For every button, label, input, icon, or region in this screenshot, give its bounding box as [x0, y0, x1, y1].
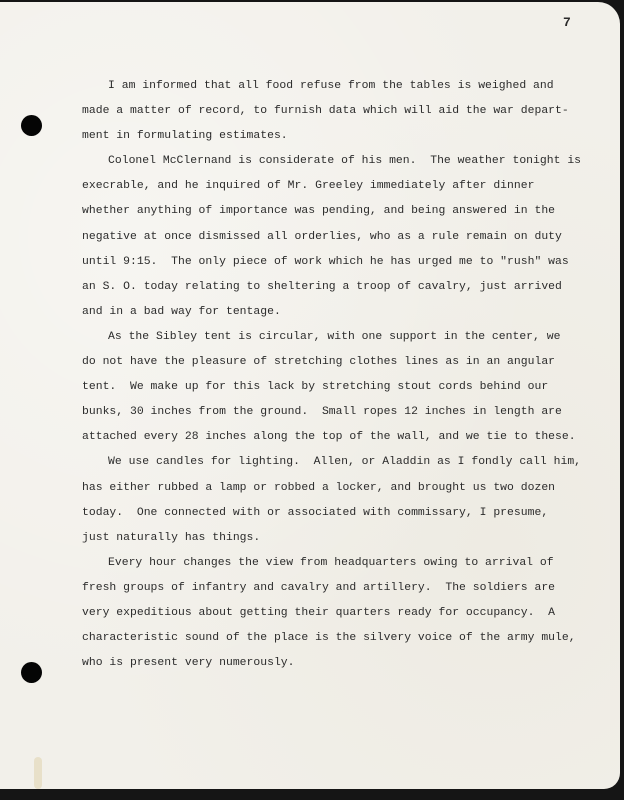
text-line: whether anything of importance was pendi…	[82, 199, 602, 224]
paragraph-food-refuse: I am informed that all food refuse from …	[82, 74, 602, 149]
text-line: bunks, 30 inches from the ground. Small …	[82, 400, 602, 425]
paper-stain	[34, 757, 42, 789]
paragraph-headquarters-view: Every hour changes the view from headqua…	[82, 551, 602, 676]
text-line: just naturally has things.	[82, 526, 602, 551]
text-line: execrable, and he inquired of Mr. Greele…	[82, 174, 602, 199]
text-line: has either rubbed a lamp or robbed a loc…	[82, 476, 602, 501]
text-line: made a matter of record, to furnish data…	[82, 99, 602, 124]
text-line: As the Sibley tent is circular, with one…	[82, 325, 602, 350]
text-line: ment in formulating estimates.	[82, 124, 602, 149]
text-line: who is present very numerously.	[82, 651, 602, 676]
document-body: I am informed that all food refuse from …	[82, 74, 602, 676]
text-line: an S. O. today relating to sheltering a …	[82, 275, 602, 300]
text-line: today. One connected with or associated …	[82, 501, 602, 526]
text-line: Every hour changes the view from headqua…	[82, 551, 602, 576]
text-line: Colonel McClernand is considerate of his…	[82, 149, 602, 174]
text-line: and in a bad way for tentage.	[82, 300, 602, 325]
typewritten-page: 7 I am informed that all food refuse fro…	[0, 2, 620, 789]
paragraph-candles: We use candles for lighting. Allen, or A…	[82, 450, 602, 550]
scanned-document: 7 I am informed that all food refuse fro…	[0, 0, 624, 800]
text-line: characteristic sound of the place is the…	[82, 626, 602, 651]
text-line: very expeditious about getting their qua…	[82, 601, 602, 626]
text-line: We use candles for lighting. Allen, or A…	[82, 450, 602, 475]
punch-hole-bottom	[21, 662, 42, 683]
text-line: attached every 28 inches along the top o…	[82, 425, 602, 450]
text-line: tent. We make up for this lack by stretc…	[82, 375, 602, 400]
paragraph-sibley-tent: As the Sibley tent is circular, with one…	[82, 325, 602, 450]
text-line: until 9:15. The only piece of work which…	[82, 250, 602, 275]
punch-hole-top	[21, 115, 42, 136]
paragraph-colonel-mcclernand: Colonel McClernand is considerate of his…	[82, 149, 602, 325]
page-number: 7	[563, 15, 571, 30]
text-line: do not have the pleasure of stretching c…	[82, 350, 602, 375]
text-line: negative at once dismissed all orderlies…	[82, 225, 602, 250]
text-line: fresh groups of infantry and cavalry and…	[82, 576, 602, 601]
text-line: I am informed that all food refuse from …	[82, 74, 602, 99]
